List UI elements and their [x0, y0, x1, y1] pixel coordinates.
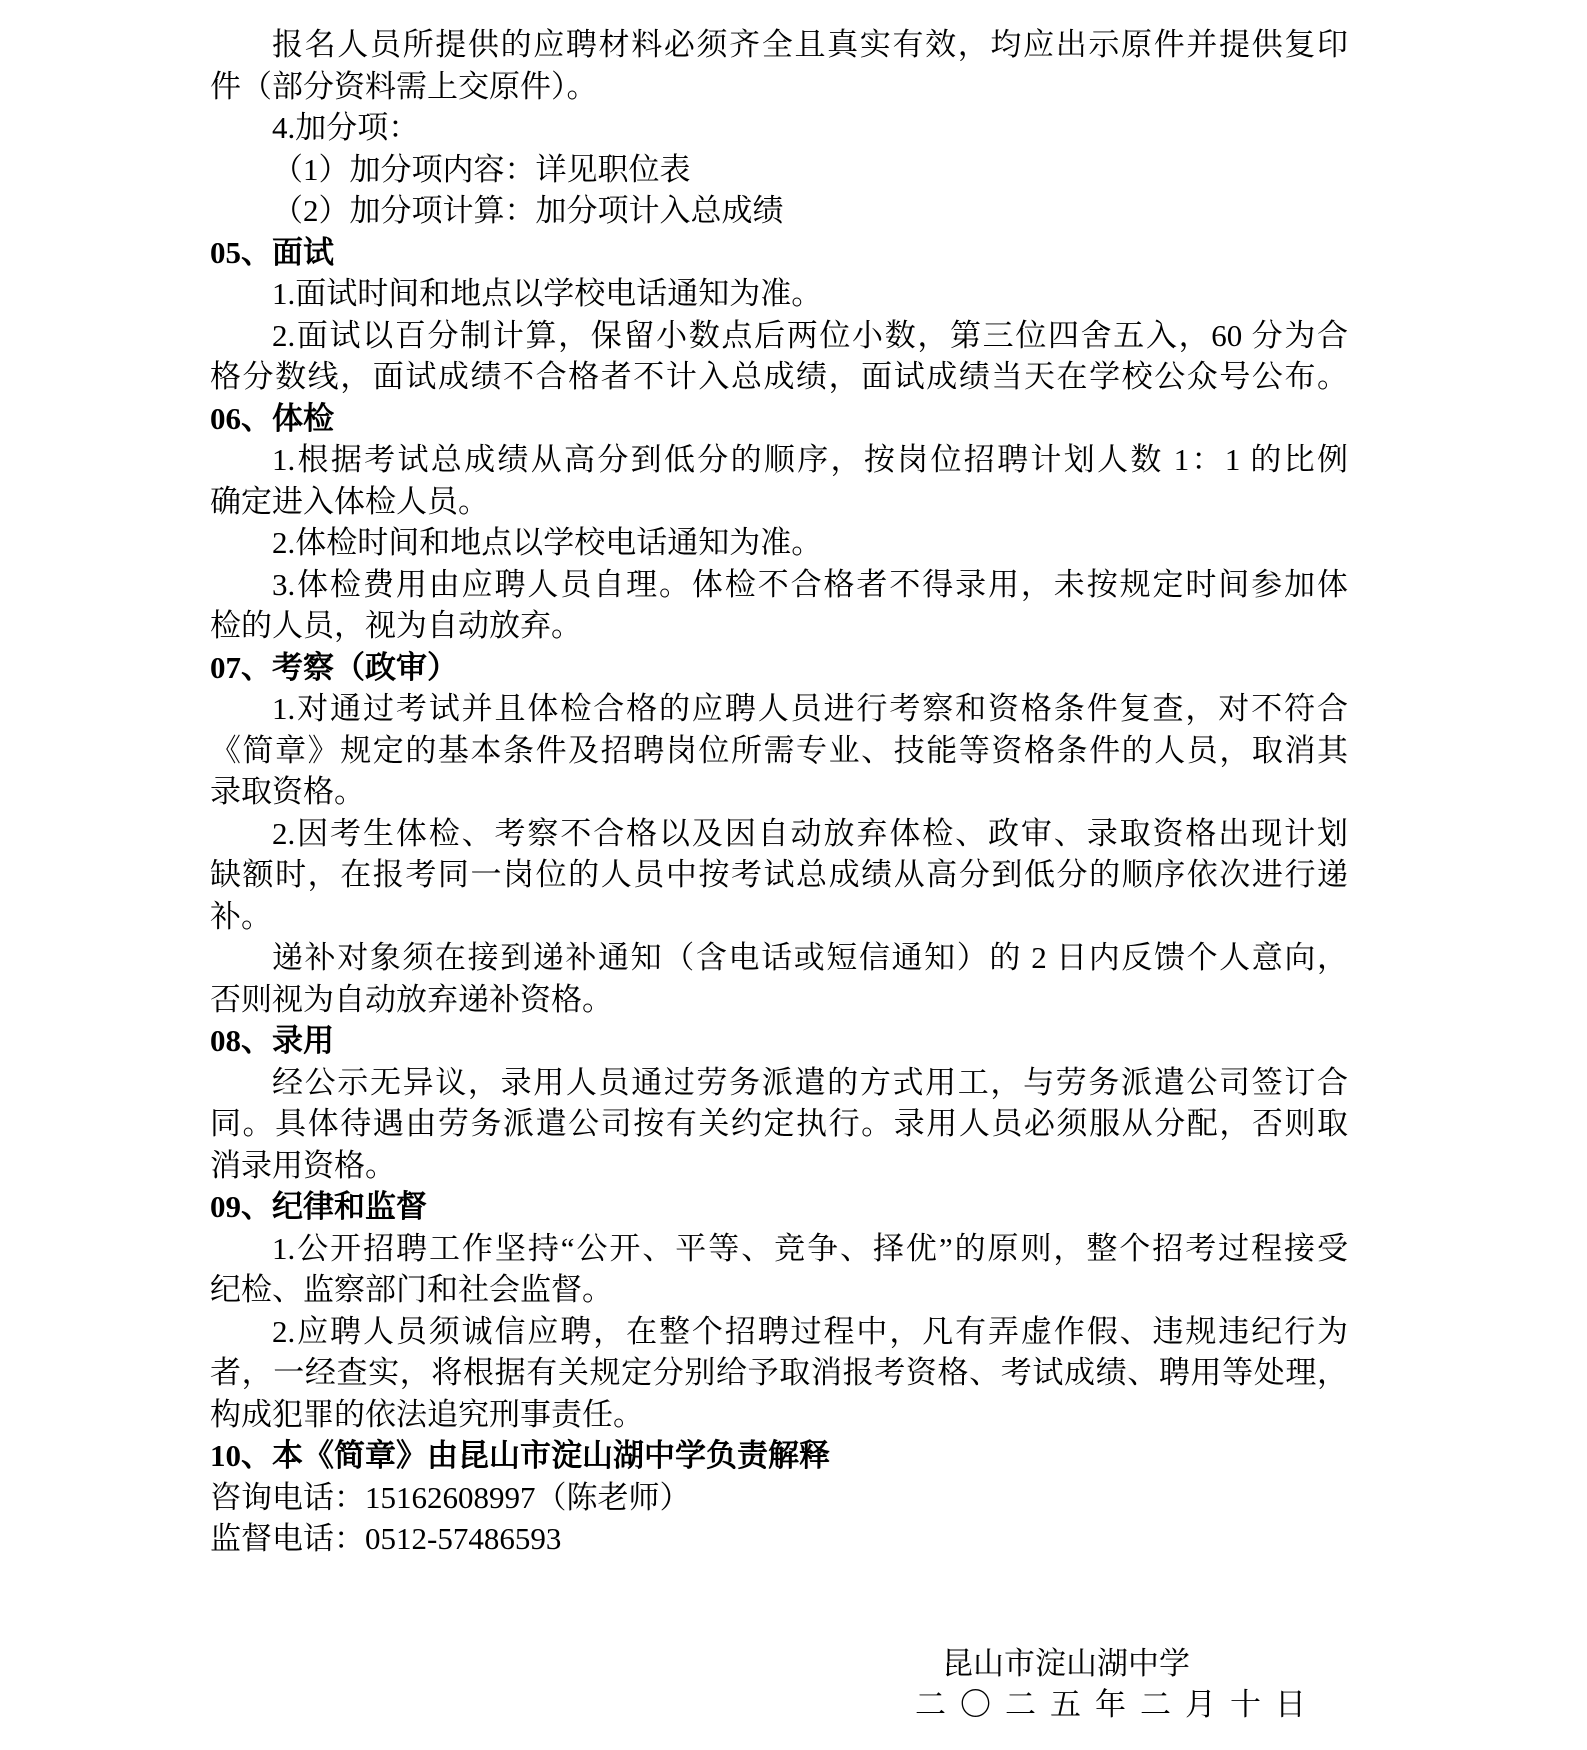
document-page: 报名人员所提供的应聘材料必须齐全且真实有效，均应出示原件并提供复印 件（部分资料…	[0, 0, 1587, 1750]
signature-date: 二〇二五年二月十日	[915, 1684, 1348, 1726]
text-line: 补。	[210, 896, 1348, 938]
text-line: 报名人员所提供的应聘材料必须齐全且真实有效，均应出示原件并提供复印	[210, 24, 1348, 66]
section-heading: 05、面试	[210, 232, 1348, 274]
signature-org: 昆山市淀山湖中学	[942, 1643, 1348, 1685]
supervision-phone-line: 监督电话：0512-57486593	[210, 1518, 1348, 1560]
text-line: 2.面试以百分制计算，保留小数点后两位小数，第三位四舍五入，60 分为合	[210, 315, 1348, 357]
text-line: 3.体检费用由应聘人员自理。体检不合格者不得录用，未按规定时间参加体	[210, 564, 1348, 606]
text-line: 件（部分资料需上交原件）。	[210, 66, 1348, 108]
text-line: 缺额时，在报考同一岗位的人员中按考试总成绩从高分到低分的顺序依次进行递	[210, 854, 1348, 896]
section-heading: 07、考察（政审）	[210, 647, 1348, 689]
text-line: 录取资格。	[210, 771, 1348, 813]
text-line: 经公示无异议，录用人员通过劳务派遣的方式用工，与劳务派遣公司签订合	[210, 1062, 1348, 1104]
text-line: 构成犯罪的依法追究刑事责任。	[210, 1394, 1348, 1436]
text-line: 《简章》规定的基本条件及招聘岗位所需专业、技能等资格条件的人员，取消其	[210, 730, 1348, 772]
text-line: 1.对通过考试并且体检合格的应聘人员进行考察和资格条件复查，对不符合	[210, 688, 1348, 730]
signature-block: 昆山市淀山湖中学 二〇二五年二月十日	[210, 1643, 1348, 1726]
text-line: 1.公开招聘工作坚持“公开、平等、竞争、择优”的原则，整个招考过程接受	[210, 1228, 1348, 1270]
text-line: 否则视为自动放弃递补资格。	[210, 979, 1348, 1021]
text-line: （2）加分项计算：加分项计入总成绩	[210, 190, 1348, 232]
text-line: 4.加分项：	[210, 107, 1348, 149]
text-line: 确定进入体检人员。	[210, 481, 1348, 523]
text-line: 2.体检时间和地点以学校电话通知为准。	[210, 522, 1348, 564]
section-heading: 10、本《简章》由昆山市淀山湖中学负责解释	[210, 1435, 1348, 1477]
text-line: 1.根据考试总成绩从高分到低分的顺序，按岗位招聘计划人数 1：1 的比例	[210, 439, 1348, 481]
contact-phone-line: 咨询电话：15162608997（陈老师）	[210, 1477, 1348, 1519]
text-line: 1.面试时间和地点以学校电话通知为准。	[210, 273, 1348, 315]
text-line: 2.因考生体检、考察不合格以及因自动放弃体检、政审、录取资格出现计划	[210, 813, 1348, 855]
section-heading: 09、纪律和监督	[210, 1186, 1348, 1228]
text-line: 同。具体待遇由劳务派遣公司按有关约定执行。录用人员必须服从分配，否则取	[210, 1103, 1348, 1145]
text-line: 格分数线，面试成绩不合格者不计入总成绩，面试成绩当天在学校公众号公布。	[210, 356, 1348, 398]
text-line: 者，一经查实，将根据有关规定分别给予取消报考资格、考试成绩、聘用等处理，	[210, 1352, 1348, 1394]
text-line: （1）加分项内容：详见职位表	[210, 149, 1348, 191]
text-line: 递补对象须在接到递补通知（含电话或短信通知）的 2 日内反馈个人意向，	[210, 937, 1348, 979]
section-heading: 06、体检	[210, 398, 1348, 440]
text-line: 消录用资格。	[210, 1145, 1348, 1187]
text-line: 纪检、监察部门和社会监督。	[210, 1269, 1348, 1311]
text-line: 2.应聘人员须诚信应聘，在整个招聘过程中，凡有弄虚作假、违规违纪行为	[210, 1311, 1348, 1353]
text-line: 检的人员，视为自动放弃。	[210, 605, 1348, 647]
document-body: 报名人员所提供的应聘材料必须齐全且真实有效，均应出示原件并提供复印 件（部分资料…	[210, 24, 1348, 1726]
section-heading: 08、录用	[210, 1020, 1348, 1062]
